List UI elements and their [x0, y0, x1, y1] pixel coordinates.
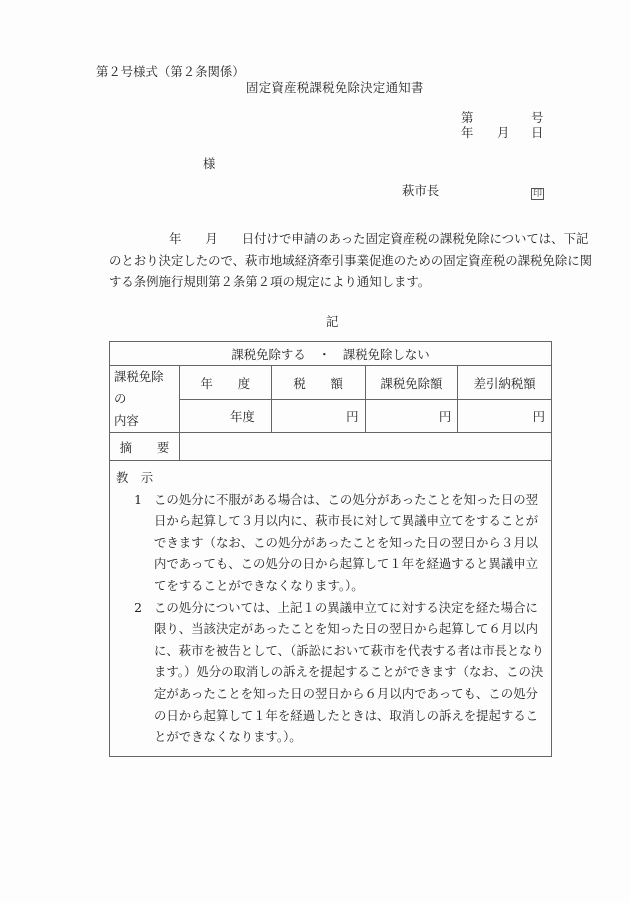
addressee-suffix: 様 [203, 156, 215, 172]
body-month: 月 [205, 231, 217, 246]
decision-table: 課税免除する ・ 課税免除しない 課税免除の 内容 年 度 税 額 課税免除額 … [109, 341, 552, 757]
ki-heading: 記 [326, 314, 338, 330]
cell-year: 年度 [179, 400, 271, 433]
content-label: 課税免除の 内容 [110, 366, 180, 433]
date-month: 月 [497, 125, 509, 141]
date-day: 日 [531, 125, 543, 141]
instructions-section: 教 示 1 この処分に不服がある場合は、この処分があったことを知った日の翌日から… [110, 461, 552, 757]
header-net-tax: 差引納税額 [458, 366, 552, 400]
doc-number-suffix: 号 [531, 110, 543, 126]
summary-label: 摘 要 [110, 433, 180, 461]
decision-options: 課税免除する ・ 課税免除しない [110, 342, 552, 366]
instruction-item-1: 1 この処分に不服がある場合は、この処分があったことを知った日の翌日から起算して… [116, 489, 545, 597]
cell-tax-amount: 円 [271, 400, 365, 433]
issuer-name: 萩市長 [402, 183, 439, 199]
body-line2: のとおり決定したので、萩市地域経済牽引事業促進のための固定資産税の課税免除に関 [109, 250, 565, 272]
cell-net-tax: 円 [458, 400, 552, 433]
header-exemption-amount: 課税免除額 [365, 366, 458, 400]
header-tax-amount: 税 額 [271, 366, 365, 400]
cell-exemption-amount: 円 [365, 400, 458, 433]
summary-value [179, 433, 551, 461]
header-year: 年 度 [179, 366, 271, 400]
document-title: 固定資産税課税免除決定通知書 [246, 80, 424, 96]
doc-number-prefix: 第 [461, 110, 473, 126]
body-year: 年 [169, 231, 181, 246]
body-line3: する条例施行規則第２条第２項の規定により通知します。 [109, 271, 565, 293]
seal-icon: 印 [531, 188, 544, 200]
seal-mark: 印 [531, 184, 544, 200]
body-paragraph: 年月日付けで申請のあった固定資産税の課税免除については、下記 のとおり決定したの… [109, 228, 565, 293]
body-line1: 日付けで申請のあった固定資産税の課税免除については、下記 [242, 231, 589, 246]
instruction-item-2: 2 この処分については、上記１の異議申立てに対する決定を経た場合に限り、当該決定… [116, 597, 545, 748]
instructions-heading: 教 示 [116, 467, 545, 489]
form-number: 第２号様式（第２条関係） [96, 64, 245, 80]
date-year: 年 [461, 125, 473, 141]
